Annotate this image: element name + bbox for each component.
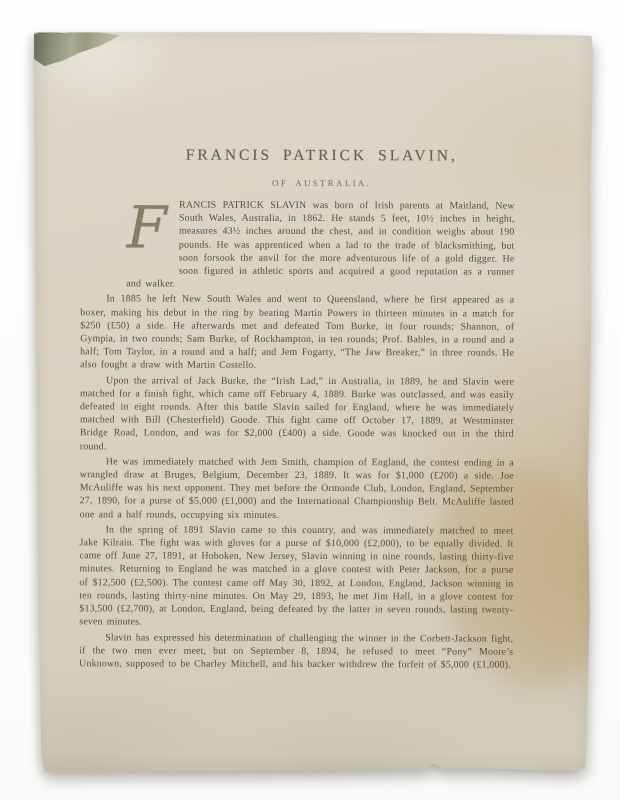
paragraph: He was immediately matched with Jem Smit…	[80, 455, 514, 522]
paragraph: In the spring of 1891 Slavin came to thi…	[79, 523, 513, 630]
paragraph: In 1885 he left New South Wales and went…	[80, 293, 514, 374]
document-page: FRANCIS PATRICK SLAVIN, OF AUSTRALIA. FR…	[0, 0, 620, 800]
page-title: FRANCIS PATRICK SLAVIN,	[104, 146, 540, 165]
paper-sheet: FRANCIS PATRICK SLAVIN, OF AUSTRALIA. FR…	[29, 29, 597, 777]
torn-corner	[30, 30, 120, 66]
biography-text: FRANCIS PATRICK SLAVIN was born of Irish…	[79, 198, 514, 671]
page-subtitle: OF AUSTRALIA.	[104, 177, 540, 188]
document-header: FRANCIS PATRICK SLAVIN, OF AUSTRALIA.	[104, 146, 540, 188]
photo-background: FRANCIS PATRICK SLAVIN, OF AUSTRALIA. FR…	[0, 0, 620, 800]
paragraph: Slavin has expressed his determination o…	[79, 631, 513, 672]
paragraph: Upon the arrival of Jack Burke, the “Iri…	[80, 374, 514, 455]
paragraph: FRANCIS PATRICK SLAVIN was born of Irish…	[126, 198, 514, 292]
